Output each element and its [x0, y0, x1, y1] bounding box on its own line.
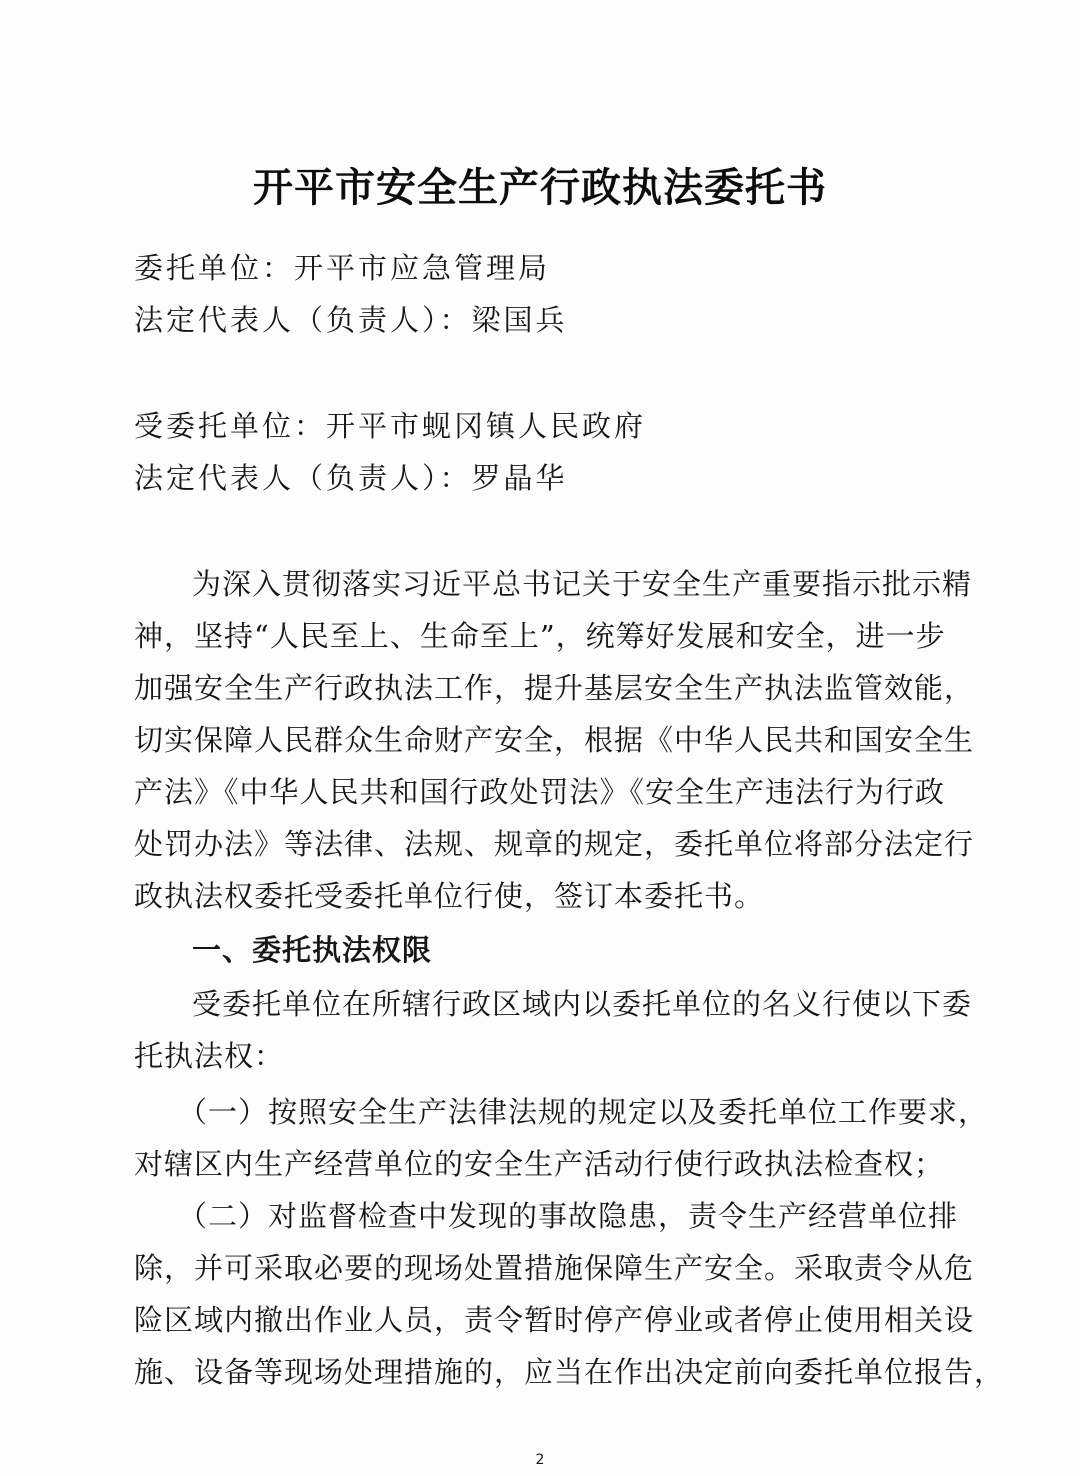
- item-two-line: （二）对监督检查中发现的事故隐患，责令生产经营单位排: [178, 1198, 942, 1234]
- preamble-line: 加强安全生产行政执法工作，提升基层安全生产执法监管效能，: [134, 670, 942, 706]
- preamble-line: 产法》《中华人民共和国行政处罚法》《安全生产违法行为行政: [134, 774, 942, 810]
- agent-unit-line: 受委托单位：开平市蚬冈镇人民政府: [134, 408, 646, 444]
- item-two-line: 除，并可采取必要的现场处置措施保障生产安全。采取责令从危: [134, 1250, 942, 1286]
- preamble-line: 切实保障人民群众生命财产安全，根据《中华人民共和国安全生: [134, 722, 942, 758]
- item-one-line: 对辖区内生产经营单位的安全生产活动行使行政执法检查权；: [134, 1146, 942, 1182]
- item-one-line: （一）按照安全生产法律法规的规定以及委托单位工作要求，: [178, 1094, 942, 1130]
- preamble-line: 政执法权委托受委托单位行使，签订本委托书。: [134, 878, 764, 914]
- item-two-line: 险区域内撤出作业人员，责令暂时停产停业或者停止使用相关设: [134, 1302, 942, 1338]
- preamble-line: 为深入贯彻落实习近平总书记关于安全生产重要指示批示精: [192, 566, 942, 602]
- preamble-line: 神，坚持“人民至上、生命至上”，统筹好发展和安全，进一步: [134, 618, 942, 654]
- principal-unit-line: 委托单位：开平市应急管理局: [134, 250, 550, 286]
- preamble-line: 处罚办法》等法律、法规、规章的规定，委托单位将部分法定行: [134, 826, 942, 862]
- section-heading: 一、委托执法权限: [192, 932, 432, 968]
- section-intro-line: 托执法权：: [134, 1038, 284, 1074]
- page-number: 2: [0, 1452, 1080, 1468]
- document-title: 开平市安全生产行政执法委托书: [0, 156, 1080, 213]
- item-two-line: 施、设备等现场处理措施的，应当在作出决定前向委托单位报告，: [134, 1354, 942, 1390]
- agent-representative-line: 法定代表人（负责人）：罗晶华: [134, 460, 568, 496]
- document-page: 开平市安全生产行政执法委托书 委托单位：开平市应急管理局 法定代表人（负责人）：…: [0, 0, 1080, 1476]
- principal-representative-line: 法定代表人（负责人）：梁国兵: [134, 302, 568, 338]
- section-intro-line: 受委托单位在所辖行政区域内以委托单位的名义行使以下委: [192, 986, 942, 1022]
